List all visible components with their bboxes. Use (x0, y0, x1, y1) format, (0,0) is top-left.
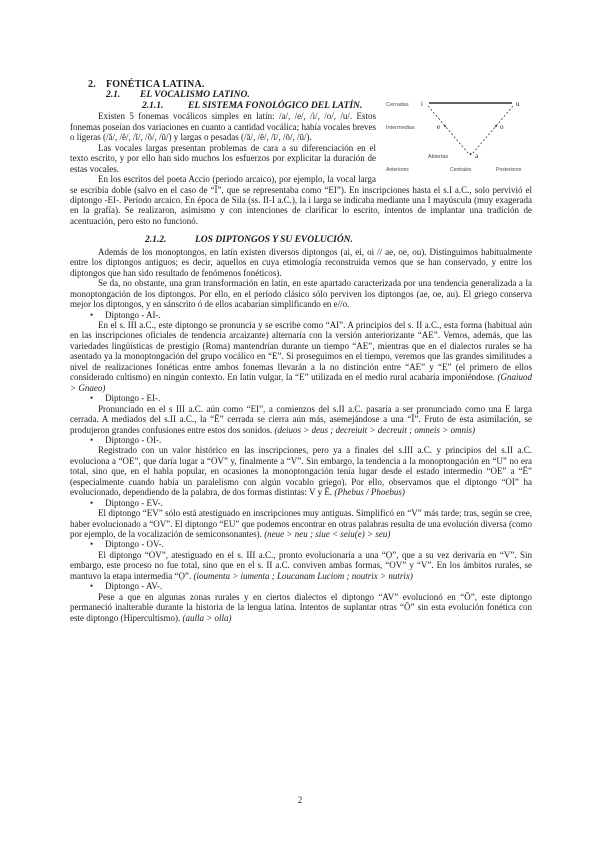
latin-example: (aulla > olla) (182, 613, 231, 623)
bullet-diptongo-ev: •Diptongo - EV-. (70, 498, 532, 508)
diagram-vowel-i: i (421, 100, 423, 108)
bullet-icon: • (90, 539, 105, 549)
paragraph-monoptongacion: Se da, no obstante, una gran transformac… (70, 278, 532, 309)
latin-example: (neue > neu ; siue < seiu(e) > seu) (264, 529, 390, 539)
bullet-text: Registrado con un valor histórico en las… (70, 445, 532, 497)
bullet-icon: • (90, 581, 105, 591)
bullet-icon: • (90, 393, 105, 403)
bullet-label: Diptongo - AV-. (105, 581, 162, 591)
heading-text: EL VOCALISMO LATINO. (140, 90, 250, 100)
heading-vocalismo-latino: 2.1. EL VOCALISMO LATINO. (70, 90, 376, 100)
paragraph-diptongo-ov: El diptongo “OV”, atestiguado en el s. I… (70, 550, 532, 581)
bullet-diptongo-ai: •Diptongo - AI-. (70, 310, 532, 320)
paragraph-escritos-accio: En los escritos del poeta Accio (periodo… (70, 174, 532, 226)
paragraph-monoptongos: Además de los monoptongos, en latín exis… (70, 247, 532, 278)
latin-example: (deiuos > deus ; decreiuit > decreuit ; … (274, 425, 475, 435)
bullet-text: Pese a que en algunas zonas rurales y en… (70, 592, 532, 623)
bullet-text: En el s. III a.C., este diptongo se pron… (70, 320, 532, 382)
bullet-icon: • (90, 310, 105, 320)
paragraph-diptongo-oi: Registrado con un valor histórico en las… (70, 445, 532, 497)
heading-text: EL SISTEMA FONOLÓGICO DEL LATÍN. (188, 101, 362, 111)
bullet-diptongo-ov: •Diptongo - OV-. (70, 539, 532, 549)
latin-example: (Phebus / Phoebus) (334, 487, 404, 497)
diagram-label-centrales: Centrales (450, 167, 472, 173)
latin-example: (ioumenta > iumenta ; Loucanam Luciom ; … (193, 571, 412, 581)
diagram-label-cerradas: Cerradas (386, 102, 409, 108)
diagram-label-intermedias: Intermedias (386, 125, 415, 131)
vowel-triangle-diagram: Cerradas i u Intermedias e o Abiertas a … (384, 92, 532, 174)
heading-diptongos-evolucion: 2.1.2. LOS DIPTONGOS Y SU EVOLUCIÓN. (70, 235, 532, 245)
bullet-label: Diptongo - OV-. (105, 539, 164, 549)
heading-number: 2.1.2. (145, 235, 195, 245)
heading-fonetica-latina: 2. FONÉTICA LATINA. (70, 80, 532, 90)
diagram-vowel-u: u (516, 100, 520, 108)
diagram-label-abiertas: Abiertas (428, 154, 448, 160)
paragraph-diptongo-av: Pese a que en algunas zonas rurales y en… (70, 592, 532, 623)
diagram-vowel-e: e (437, 123, 440, 131)
diagram-vowel-a: a (475, 152, 479, 160)
page-number: 2 (0, 795, 600, 805)
bullet-label: Diptongo - EI-. (105, 393, 160, 403)
diagram-label-posteriores: Posteriores (496, 167, 522, 173)
heading-text: LOS DIPTONGOS Y SU EVOLUCIÓN. (195, 235, 353, 245)
diagram-label-anteriores: Anteriores (386, 167, 409, 173)
paragraph-diptongo-ai: En el s. III a.C., este diptongo se pron… (70, 320, 532, 393)
page-content: 2. FONÉTICA LATINA. Cerradas i u Interme… (70, 80, 532, 623)
bullet-diptongo-ei: •Diptongo - EI-. (70, 393, 532, 403)
paragraph-diptongo-ei: Pronunciado en el s III a.C. aún como “E… (70, 404, 532, 435)
diagram-vowel-o: o (500, 123, 504, 131)
bullet-icon: • (90, 435, 105, 445)
bullet-label: Diptongo - OI-. (105, 435, 161, 445)
heading-sistema-fonologico: 2.1.1. EL SISTEMA FONOLÓGICO DEL LATÍN. (70, 101, 376, 111)
heading-text: FONÉTICA LATINA. (106, 80, 205, 90)
heading-number: 2.1. (106, 90, 140, 100)
vowel-triangle-icon: Cerradas i u Intermedias e o Abiertas a … (384, 92, 532, 174)
bullet-label: Diptongo - AI-. (105, 310, 161, 320)
bullet-icon: • (90, 498, 105, 508)
bullet-label: Diptongo - EV-. (105, 498, 163, 508)
document-page: 2. FONÉTICA LATINA. Cerradas i u Interme… (0, 0, 600, 848)
paragraph-diptongo-ev: El diptongo “EV” sólo está atestiguado e… (70, 508, 532, 539)
heading-number: 2. (88, 80, 106, 90)
bullet-diptongo-oi: •Diptongo - OI-. (70, 435, 532, 445)
heading-number: 2.1.1. (142, 101, 188, 111)
bullet-diptongo-av: •Diptongo - AV-. (70, 581, 532, 591)
